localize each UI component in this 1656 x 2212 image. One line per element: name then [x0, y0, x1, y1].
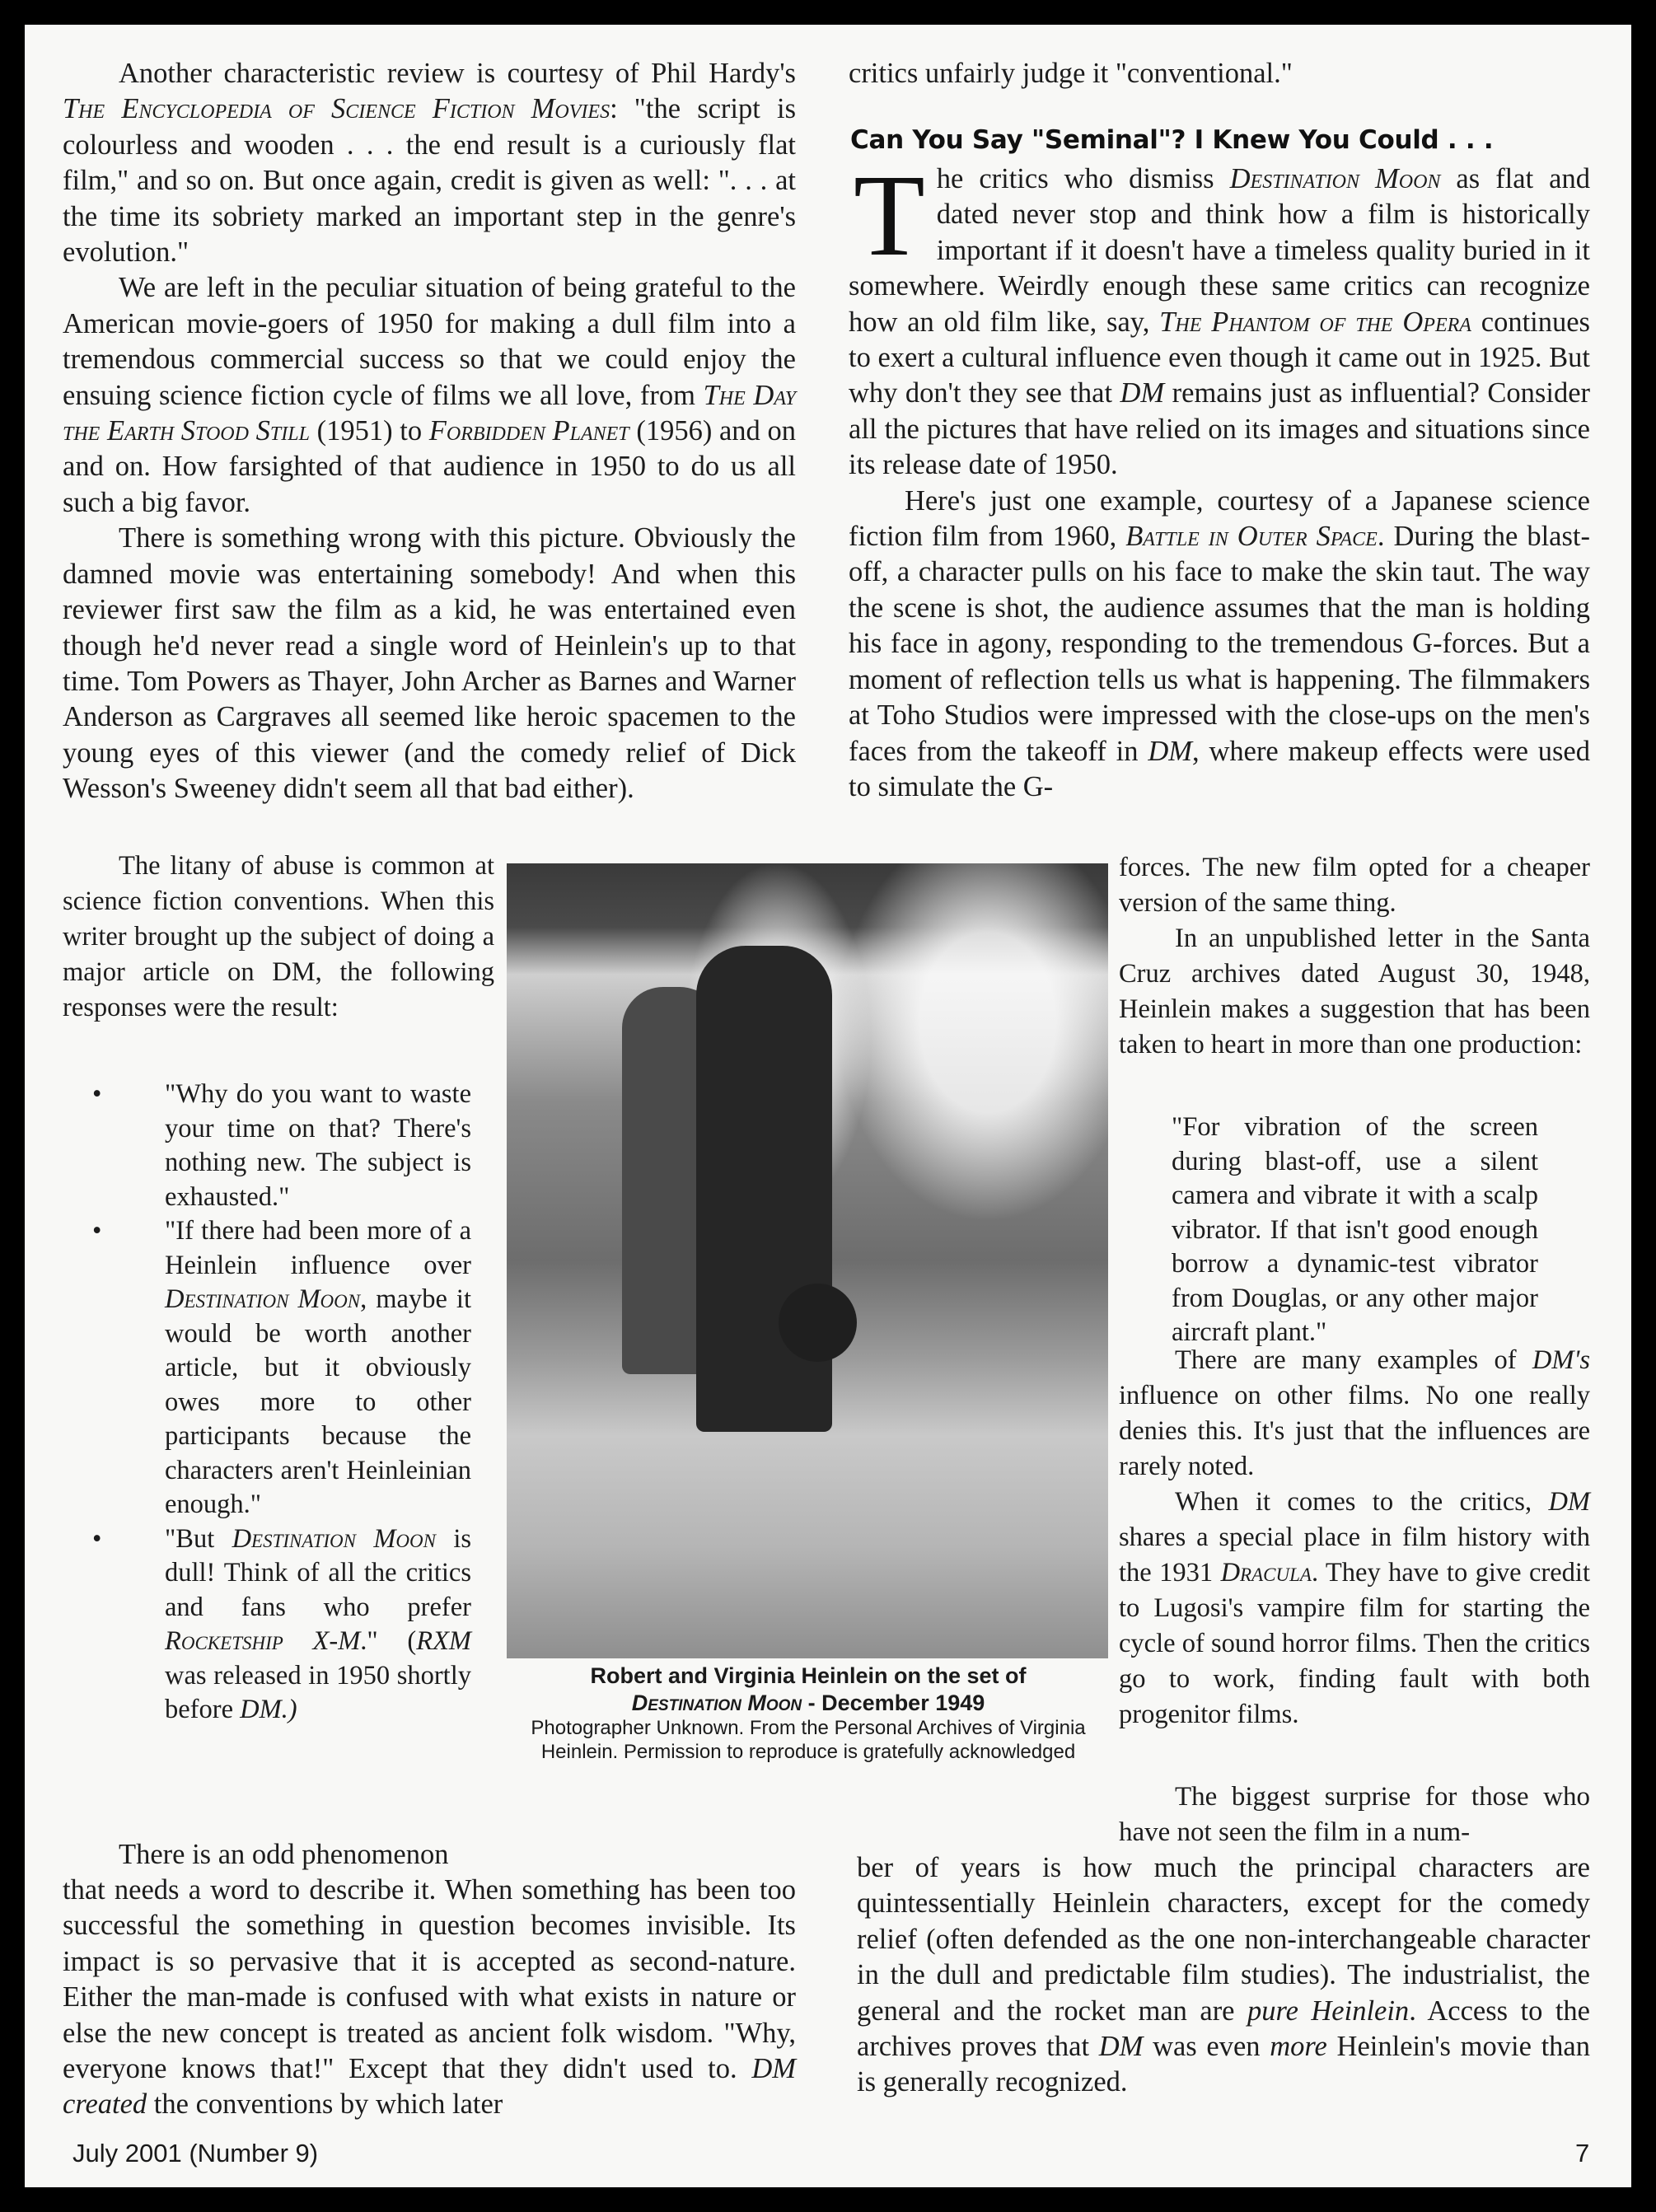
left-para-4: The litany of abuse is common at science… [63, 849, 494, 1026]
right-para-4: There are many examples of DM's influenc… [1119, 1343, 1590, 1733]
page-number: 7 [1575, 2139, 1589, 2168]
bullet-icon: • [92, 1078, 101, 1112]
caption-title: Robert and Virginia Heinlein on the set … [501, 1663, 1116, 1717]
responses-list: • "Why do you want to waste your time on… [165, 1078, 471, 1728]
film-title: Rocketship X-M [165, 1626, 360, 1656]
list-item: • "Why do you want to waste your time on… [165, 1078, 471, 1214]
right-para-3: In an unpublished letter in the Santa Cr… [1119, 921, 1590, 1063]
caption-credit: Photographer Unknown. From the Personal … [501, 1717, 1116, 1764]
book-title: The Encyclopedia of Science Fiction Movi… [63, 93, 610, 124]
left-para-3: There is something wrong with this pictu… [63, 521, 796, 807]
bullet-icon: • [92, 1214, 101, 1249]
photo-caption: Robert and Virginia Heinlein on the set … [501, 1663, 1116, 1764]
bullet-icon: • [92, 1522, 101, 1557]
list-item: • "If there had been more of a Heinlein … [165, 1214, 471, 1522]
right-continuation: critics unfairly judge it "conventional.… [849, 56, 1590, 91]
right-para-1: The critics who dismiss Destination Moon… [849, 161, 1590, 805]
left-para-5-start: There is an odd phenomenon [63, 1837, 491, 1873]
list-item: • "But Destination Moon is dull! Think o… [165, 1522, 471, 1728]
left-para-1: Another characteristic review is courtes… [63, 56, 796, 807]
heinlein-photo [507, 863, 1108, 1658]
drop-cap: T [854, 166, 925, 264]
film-title: The Phantom of the Opera [1159, 306, 1471, 338]
right-para-6-start: The biggest surprise for those who have … [1119, 1779, 1590, 1851]
issue-date: July 2001 (Number 9) [73, 2139, 318, 2168]
film-title: Battle in Outer Space [1125, 521, 1378, 552]
hat [779, 1284, 857, 1362]
left-para-5: that needs a word to describe it. When s… [63, 1873, 796, 2123]
film-title: Destination Moon [165, 1284, 360, 1314]
section-heading: Can You Say "Seminal"? I Knew You Could … [850, 125, 1493, 155]
film-title: Destination Moon [1230, 163, 1441, 194]
right-para-6: ber of years is how much the principal c… [857, 1850, 1590, 2101]
film-title: Dracula [1221, 1558, 1312, 1588]
right-para-2-tail: forces. The new film opted for a cheaper… [1119, 850, 1590, 1063]
heinlein-letter-quote: "For vibration of the screen during blas… [1172, 1111, 1538, 1350]
film-title: Destination Moon [232, 1524, 436, 1554]
film-title: Forbidden Planet [429, 415, 629, 447]
magazine-page: Another characteristic review is courtes… [25, 25, 1631, 2187]
